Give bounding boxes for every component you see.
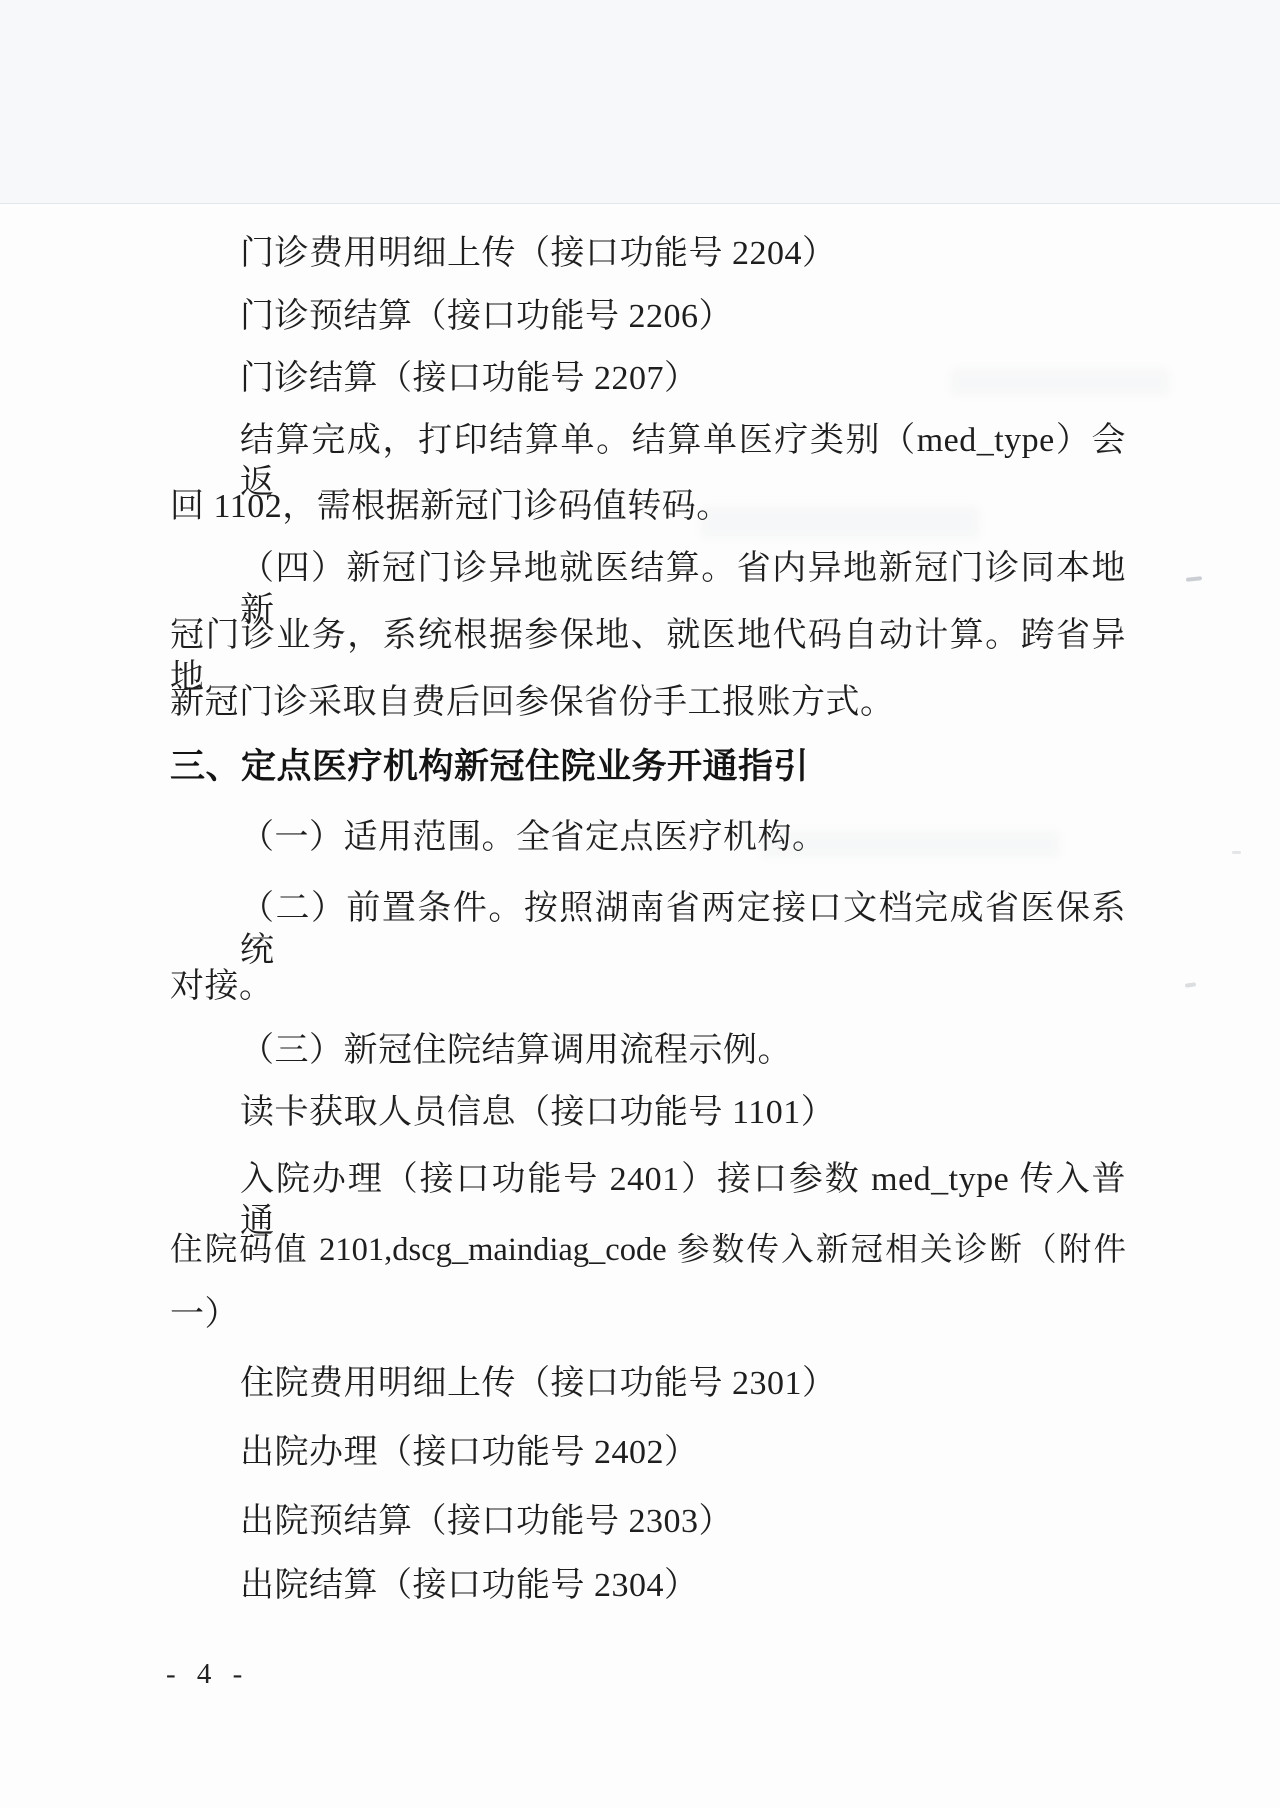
text-line-item1-scope: （一）适用范围。全省定点医疗机构。 <box>240 817 827 859</box>
text-line-discharge-presettle: 出院预结算（接口功能号 2303） <box>240 1501 733 1543</box>
text-line-discharge: 出院办理（接口功能号 2402） <box>240 1432 699 1474</box>
scan-bleedthrough <box>950 368 1170 396</box>
scan-speck <box>1186 576 1202 582</box>
scan-speck <box>1185 982 1196 987</box>
scan-bleedthrough <box>700 505 980 539</box>
scan-speck <box>1232 851 1241 854</box>
text-line-precondition-end: 对接。 <box>170 966 274 1008</box>
text-line-read-card: 读卡获取人员信息（接口功能号 1101） <box>240 1092 835 1134</box>
text-line-outpatient-presettle: 门诊预结算（接口功能号 2206） <box>240 296 733 338</box>
text-line-outpatient-fee-upload: 门诊费用明细上传（接口功能号 2204） <box>240 233 837 275</box>
page-number: - 4 - <box>166 1658 249 1691</box>
text-line-item2-precondition: （二）前置条件。按照湖南省两定接口文档完成省医保系统 <box>240 888 1126 972</box>
text-line-attachment-one: 一） <box>170 1294 239 1336</box>
text-line-remote-settle-end: 新冠门诊采取自费后回参保省份手工报账方式。 <box>170 682 895 724</box>
scan-top-band <box>0 0 1280 204</box>
scanned-document-page: 门诊费用明细上传（接口功能号 2204） 门诊预结算（接口功能号 2206） 门… <box>0 0 1280 1808</box>
text-line-inpatient-fee-upload: 住院费用明细上传（接口功能号 2301） <box>240 1363 837 1405</box>
text-line-return-1102: 回 1102，需根据新冠门诊码值转码。 <box>170 486 731 528</box>
text-line-item3-flow-example: （三）新冠住院结算调用流程示例。 <box>240 1030 792 1072</box>
text-line-discharge-settle: 出院结算（接口功能号 2304） <box>240 1565 699 1607</box>
text-line-outpatient-settle: 门诊结算（接口功能号 2207） <box>240 358 699 400</box>
section-heading-inpatient-guide: 三、定点医疗机构新冠住院业务开通指引 <box>170 746 809 788</box>
scan-bleedthrough <box>760 830 1060 858</box>
text-line-admission-cont: 住院码值 2101,dscg_maindiag_code 参数传入新冠相关诊断（… <box>170 1229 1126 1271</box>
